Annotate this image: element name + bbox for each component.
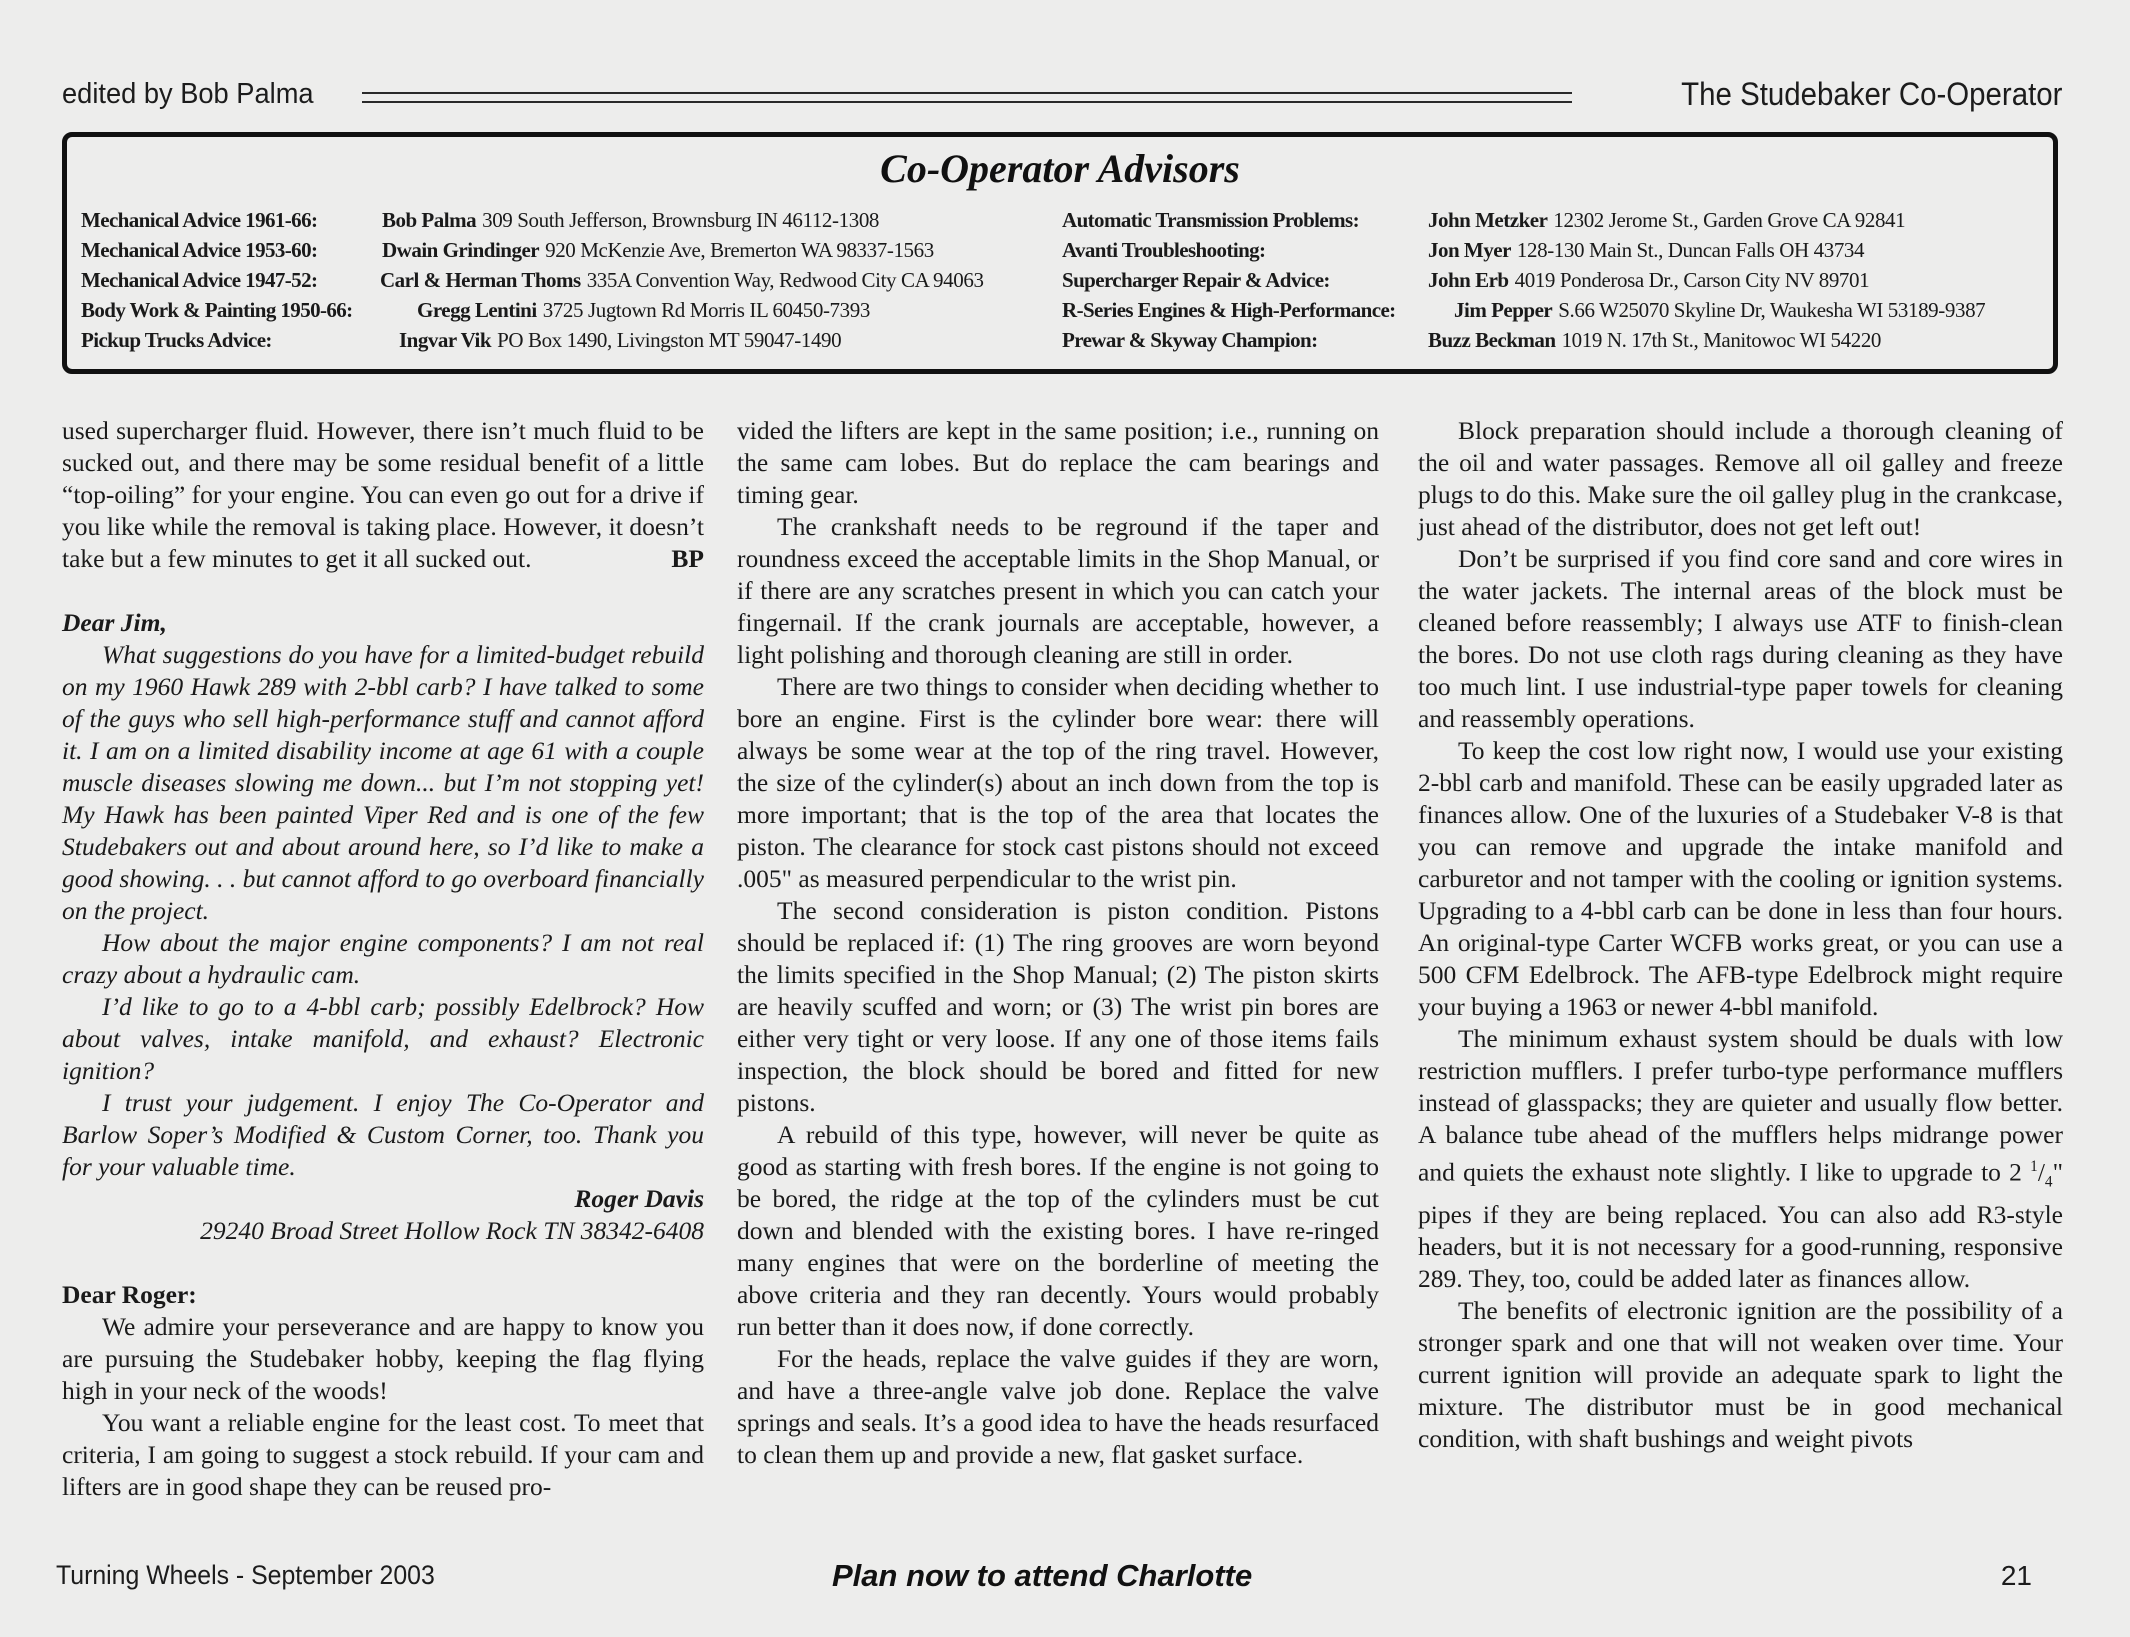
advisor-address: PO Box 1490, Livingston MT 59047-1490 — [497, 328, 841, 352]
advisor-name: Dwain Grindinger — [382, 238, 539, 262]
footer-promo: Plan now to attend Charlotte — [832, 1558, 1252, 1594]
reply-paragraph: We admire your perseverance and are happ… — [62, 1311, 704, 1407]
advisor-address: 335A Convention Way, Redwood City CA 940… — [587, 268, 984, 292]
advisors-box: Co-Operator Advisors Mechanical Advice 1… — [62, 132, 2058, 374]
letter-paragraph: I’d like to go to a 4-bbl carb; possibly… — [62, 991, 704, 1087]
article-paragraph: used supercharger fluid. However, there … — [62, 415, 704, 575]
letter-paragraph: What suggestions do you have for a limit… — [62, 639, 704, 927]
letter-paragraph: I trust your judgement. I enjoy The Co-O… — [62, 1087, 704, 1183]
advisor-topic: Mechanical Advice 1947-52: — [81, 265, 317, 295]
advisor-name: John Metzker — [1428, 208, 1547, 232]
article-paragraph: The minimum exhaust system should be dua… — [1418, 1023, 2063, 1295]
advisor-name: Bob Palma — [382, 208, 476, 232]
advisor-address: 4019 Ponderosa Dr., Carson City NV 89701 — [1515, 268, 1870, 292]
advisor-name: Gregg Lentini — [417, 298, 537, 322]
advisor-topic: Prewar & Skyway Champion: — [1062, 325, 1318, 355]
advisor-address: S.66 W25070 Skyline Dr, Waukesha WI 5318… — [1558, 298, 1985, 322]
advisor-name: Carl & Herman Thoms — [380, 268, 581, 292]
article-paragraph: To keep the cost low right now, I would … — [1418, 735, 2063, 1023]
letter-paragraph: How about the major engine components? I… — [62, 927, 704, 991]
article-paragraph: There are two things to consider when de… — [737, 671, 1379, 895]
letter-signature-address: 29240 Broad Street Hollow Rock TN 38342-… — [62, 1215, 704, 1247]
advisor-topic: Pickup Trucks Advice: — [81, 325, 272, 355]
advisor-name: Ingvar Vik — [399, 328, 491, 352]
header-column-title: The Studebaker Co-Operator — [1681, 76, 2062, 113]
reply-salutation: Dear Roger: — [62, 1279, 704, 1311]
header-editor-credit: edited by Bob Palma — [62, 78, 314, 111]
advisor-topic: Automatic Transmission Problems: — [1062, 205, 1359, 235]
advisor-topic: R-Series Engines & High-Performance: — [1062, 295, 1396, 325]
page-number: 21 — [2001, 1560, 2032, 1592]
advisor-topic: Supercharger Repair & Advice: — [1062, 265, 1330, 295]
article-column-2: vided the lifters are kept in the same p… — [737, 415, 1379, 1471]
header-rule-top — [362, 92, 1572, 94]
letter-signature-name: Roger Davis — [62, 1183, 704, 1215]
letter-salutation: Dear Jim, — [62, 607, 704, 639]
header-rule-bottom — [362, 101, 1572, 103]
advisors-title: Co-Operator Advisors — [67, 145, 2053, 192]
footer-publication: Turning Wheels - September 2003 — [56, 1560, 435, 1591]
article-paragraph: The crankshaft needs to be reground if t… — [737, 511, 1379, 671]
advisor-name: Jon Myer — [1428, 238, 1511, 262]
advisor-address: 3725 Jugtown Rd Morris IL 60450-7393 — [543, 298, 870, 322]
article-paragraph: A rebuild of this type, however, will ne… — [737, 1119, 1379, 1343]
magazine-page: edited by Bob Palma The Studebaker Co-Op… — [0, 0, 2130, 1637]
advisor-topic: Body Work & Painting 1950-66: — [81, 295, 353, 325]
article-paragraph: For the heads, replace the valve guides … — [737, 1343, 1379, 1471]
advisor-name: Buzz Beckman — [1428, 328, 1556, 352]
article-paragraph: Don’t be surprised if you find core sand… — [1418, 543, 2063, 735]
author-initials: BP — [671, 543, 704, 575]
advisor-address: 128-130 Main St., Duncan Falls OH 43734 — [1517, 238, 1864, 262]
advisor-topic: Mechanical Advice 1961-66: — [81, 205, 317, 235]
advisor-address: 1019 N. 17th St., Manitowoc WI 54220 — [1562, 328, 1881, 352]
reply-paragraph: You want a reliable engine for the least… — [62, 1407, 704, 1503]
article-paragraph: The second consideration is piston condi… — [737, 895, 1379, 1119]
advisor-address: 920 McKenzie Ave, Bremerton WA 98337-156… — [545, 238, 934, 262]
advisor-name: John Erb — [1428, 268, 1509, 292]
article-column-1: used supercharger fluid. However, there … — [62, 415, 704, 1503]
article-paragraph: Block preparation should include a thoro… — [1418, 415, 2063, 543]
advisor-address: 12302 Jerome St., Garden Grove CA 92841 — [1553, 208, 1905, 232]
advisor-address: 309 South Jefferson, Brownsburg IN 46112… — [482, 208, 879, 232]
advisor-name: Jim Pepper — [1454, 298, 1552, 322]
advisor-topic: Avanti Troubleshooting: — [1062, 235, 1265, 265]
article-column-3: Block preparation should include a thoro… — [1418, 415, 2063, 1455]
advisor-topic: Mechanical Advice 1953-60: — [81, 235, 317, 265]
article-paragraph: vided the lifters are kept in the same p… — [737, 415, 1379, 511]
article-paragraph: The benefits of electronic ignition are … — [1418, 1295, 2063, 1455]
